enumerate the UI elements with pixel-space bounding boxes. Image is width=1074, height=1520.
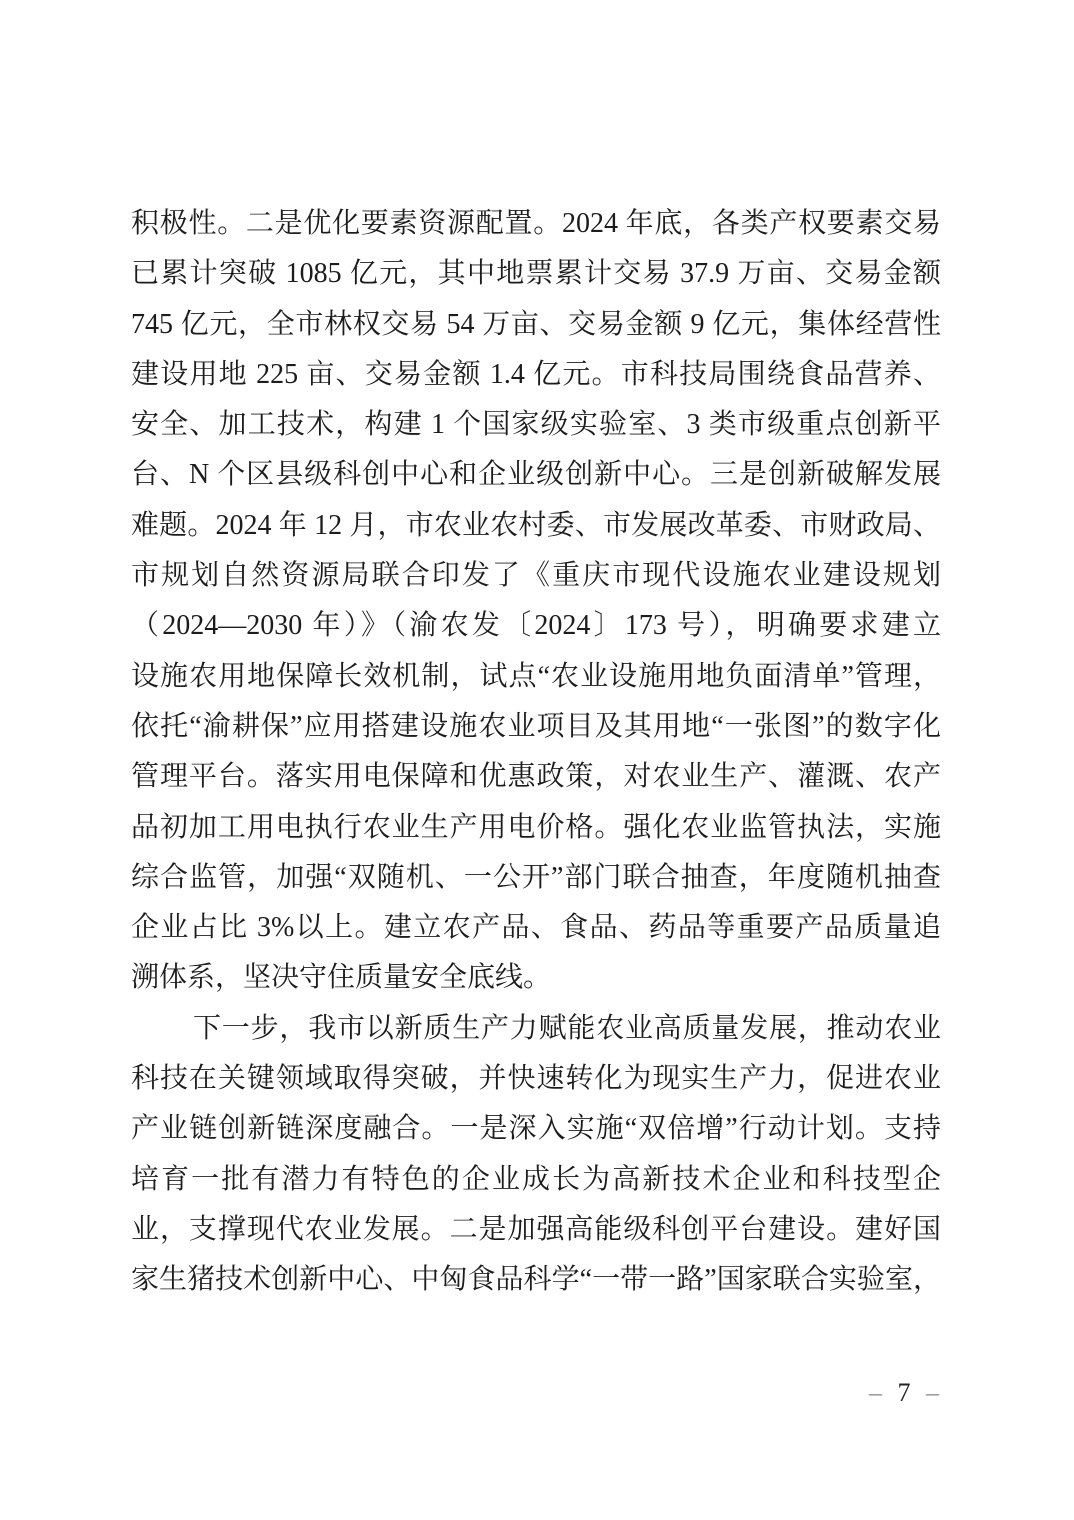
text-line: 745 亿元，全市林权交易 54 万亩、交易金额 9 亿元，集体经营性	[131, 300, 941, 350]
page-number: 7	[898, 1378, 911, 1408]
text-line: 已累计突破 1085 亿元，其中地票累计交易 37.9 万亩、交易金额	[131, 249, 941, 299]
text-line: 业，支撑现代农业发展。二是加强高能级科创平台建设。建好国	[131, 1205, 941, 1255]
text-line: 科技在关键领域取得突破，并快速转化为现实生产力，促进农业	[131, 1054, 941, 1104]
text-line: 品初加工用电执行农业生产用电价格。强化农业监管执法，实施	[131, 803, 941, 853]
text-line: 台、N 个区县级科创中心和企业级创新中心。三是创新破解发展	[131, 450, 941, 500]
text-line: 产业链创新链深度融合。一是深入实施“双倍增”行动计划。支持	[131, 1104, 941, 1154]
text-line: 建设用地 225 亩、交易金额 1.4 亿元。市科技局围绕食品营养、	[131, 350, 941, 400]
text-line: 设施农用地保障长效机制，试点“农业设施用地负面清单”管理，	[131, 652, 941, 702]
text-line: 企业占比 3%以上。建立农产品、食品、药品等重要产品质量追	[131, 903, 941, 953]
text-line: 市规划自然资源局联合印发了《重庆市现代设施农业建设规划	[131, 551, 941, 601]
text-line: 难题。2024 年 12 月，市农业农村委、市发展改革委、市财政局、	[131, 501, 941, 551]
text-line: 积极性。二是优化要素资源配置。2024 年底，各类产权要素交易	[131, 199, 941, 249]
text-line: 管理平台。落实用电保障和优惠政策，对农业生产、灌溉、农产	[131, 752, 941, 802]
text-line: 家生猪技术创新中心、中匈食品科学“一带一路”国家联合实验室，	[131, 1255, 941, 1305]
text-line: 溯体系，坚决守住质量安全底线。	[131, 953, 941, 1003]
text-line: 安全、加工技术，构建 1 个国家级实验室、3 类市级重点创新平	[131, 400, 941, 450]
document-body-text: 积极性。二是优化要素资源配置。2024 年底，各类产权要素交易 已累计突破 10…	[131, 199, 941, 1306]
page-footer: – 7 –	[869, 1378, 939, 1408]
text-line: 下一步，我市以新质生产力赋能农业高质量发展，推动农业	[131, 1004, 941, 1054]
text-line: （2024—2030 年）》（渝农发〔2024〕173 号），明确要求建立	[131, 601, 941, 651]
footer-dash-left: –	[869, 1378, 882, 1408]
text-line: 综合监管，加强“双随机、一公开”部门联合抽查，年度随机抽查	[131, 853, 941, 903]
text-line: 依托“渝耕保”应用搭建设施农业项目及其用地“一张图”的数字化	[131, 702, 941, 752]
document-page: 积极性。二是优化要素资源配置。2024 年底，各类产权要素交易 已累计突破 10…	[0, 0, 1074, 1520]
text-line: 培育一批有潜力有特色的企业成长为高新技术企业和科技型企	[131, 1155, 941, 1205]
footer-dash-right: –	[926, 1378, 939, 1408]
